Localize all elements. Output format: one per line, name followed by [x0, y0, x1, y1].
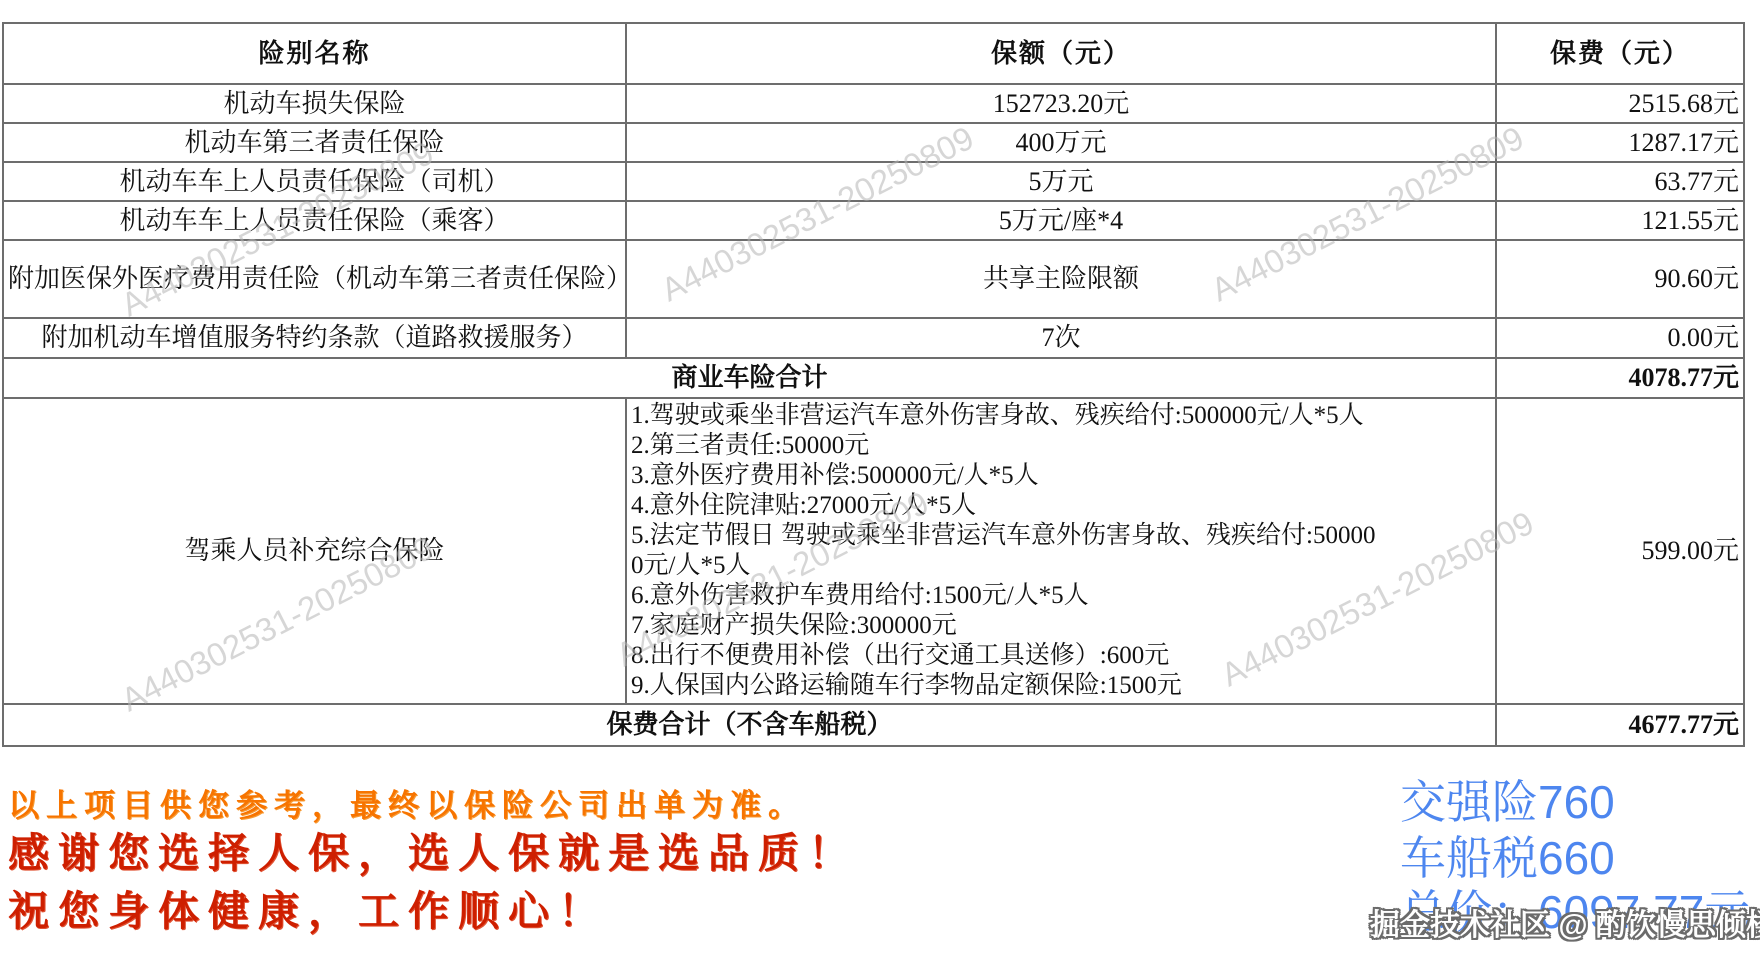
table-row: 附加机动车增值服务特约条款（道路救援服务） 7次 0.00元 — [3, 318, 1744, 358]
insured-amount: 7次 — [626, 318, 1496, 358]
premium-value: 63.77元 — [1496, 162, 1744, 201]
header-insured-amount: 保额（元） — [626, 23, 1496, 84]
premium-total-row: 保费合计（不含车船税） 4677.77元 — [3, 704, 1744, 746]
table-header-row: 险别名称 保额（元） 保费（元） — [3, 23, 1744, 84]
risk-name: 机动车车上人员责任保险（司机） — [3, 162, 626, 201]
insured-amount: 152723.20元 — [626, 84, 1496, 123]
risk-name: 驾乘人员补充综合保险 — [3, 398, 626, 704]
insurance-quote-page: A440302531-20250809 A440302531-20250809 … — [0, 0, 1760, 960]
header-risk-name: 险别名称 — [3, 23, 626, 84]
commercial-subtotal-row: 商业车险合计 4078.77元 — [3, 358, 1744, 398]
coverage-detail-line: 7.家庭财产损失保险:300000元 — [631, 611, 1491, 641]
insured-amount: 5万元/座*4 — [626, 201, 1496, 240]
attribution-watermark: 掘金技术社区 @ 酌饮慢思倾楼啊 — [1370, 900, 1760, 944]
coverage-detail-line: 1.驾驶或乘坐非营运汽车意外伤害身故、残疾给付:500000元/人*5人 — [631, 401, 1491, 431]
driver-passenger-row: 驾乘人员补充综合保险 1.驾驶或乘坐非营运汽车意外伤害身故、残疾给付:50000… — [3, 398, 1744, 704]
coverage-detail-line: 0元/人*5人 — [631, 551, 1491, 581]
premium-total-value: 4677.77元 — [1496, 704, 1744, 746]
table-row: 附加医保外医疗费用责任险（机动车第三者责任保险） 共享主险限额 90.60元 — [3, 240, 1744, 318]
insured-amount: 400万元 — [626, 123, 1496, 162]
table-row: 机动车第三者责任保险 400万元 1287.17元 — [3, 123, 1744, 162]
risk-name: 机动车车上人员责任保险（乘客） — [3, 201, 626, 240]
table-row: 机动车车上人员责任保险（司机） 5万元 63.77元 — [3, 162, 1744, 201]
premium-value: 90.60元 — [1496, 240, 1744, 318]
coverage-detail-line: 6.意外伤害救护车费用给付:1500元/人*5人 — [631, 581, 1491, 611]
premium-value: 1287.17元 — [1496, 123, 1744, 162]
risk-name: 附加机动车增值服务特约条款（道路救援服务） — [3, 318, 626, 358]
commercial-subtotal-premium: 4078.77元 — [1496, 358, 1744, 398]
coverage-detail-line: 9.人保国内公路运输随车行李物品定额保险:1500元 — [631, 671, 1491, 701]
table-row: 机动车车上人员责任保险（乘客） 5万元/座*4 121.55元 — [3, 201, 1744, 240]
coverage-detail-line: 8.出行不便费用补偿（出行交通工具送修）:600元 — [631, 641, 1491, 671]
coverage-detail-line: 4.意外住院津贴:27000元/人*5人 — [631, 491, 1491, 521]
wish-text: 祝您身体健康，工作顺心！ — [8, 878, 608, 937]
premium-total-label: 保费合计（不含车船税） — [3, 704, 1496, 746]
insurance-quote-table: 险别名称 保额（元） 保费（元） 机动车损失保险 152723.20元 2515… — [2, 22, 1745, 747]
disclaimer-text: 以上项目供您参考，最终以保险公司出单为准。 — [8, 780, 806, 825]
header-premium: 保费（元） — [1496, 23, 1744, 84]
risk-name: 附加医保外医疗费用责任险（机动车第三者责任保险） — [3, 240, 626, 318]
risk-name: 机动车损失保险 — [3, 84, 626, 123]
coverage-detail-line: 5.法定节假日 驾驶或乘坐非营运汽车意外伤害身故、残疾给付:50000 — [631, 521, 1491, 551]
insured-amount: 共享主险限额 — [626, 240, 1496, 318]
premium-value: 121.55元 — [1496, 201, 1744, 240]
coverage-detail-line: 3.意外医疗费用补偿:500000元/人*5人 — [631, 461, 1491, 491]
premium-value: 2515.68元 — [1496, 84, 1744, 123]
insured-amount: 5万元 — [626, 162, 1496, 201]
premium-value: 599.00元 — [1496, 398, 1744, 704]
commercial-subtotal-label: 商业车险合计 — [3, 358, 1496, 398]
coverage-detail-line: 2.第三者责任:50000元 — [631, 431, 1491, 461]
risk-name: 机动车第三者责任保险 — [3, 123, 626, 162]
thanks-text: 感谢您选择人保，选人保就是选品质！ — [8, 820, 858, 879]
coverage-details-cell: 1.驾驶或乘坐非营运汽车意外伤害身故、残疾给付:500000元/人*5人 2.第… — [626, 398, 1496, 704]
premium-value: 0.00元 — [1496, 318, 1744, 358]
table-row: 机动车损失保险 152723.20元 2515.68元 — [3, 84, 1744, 123]
